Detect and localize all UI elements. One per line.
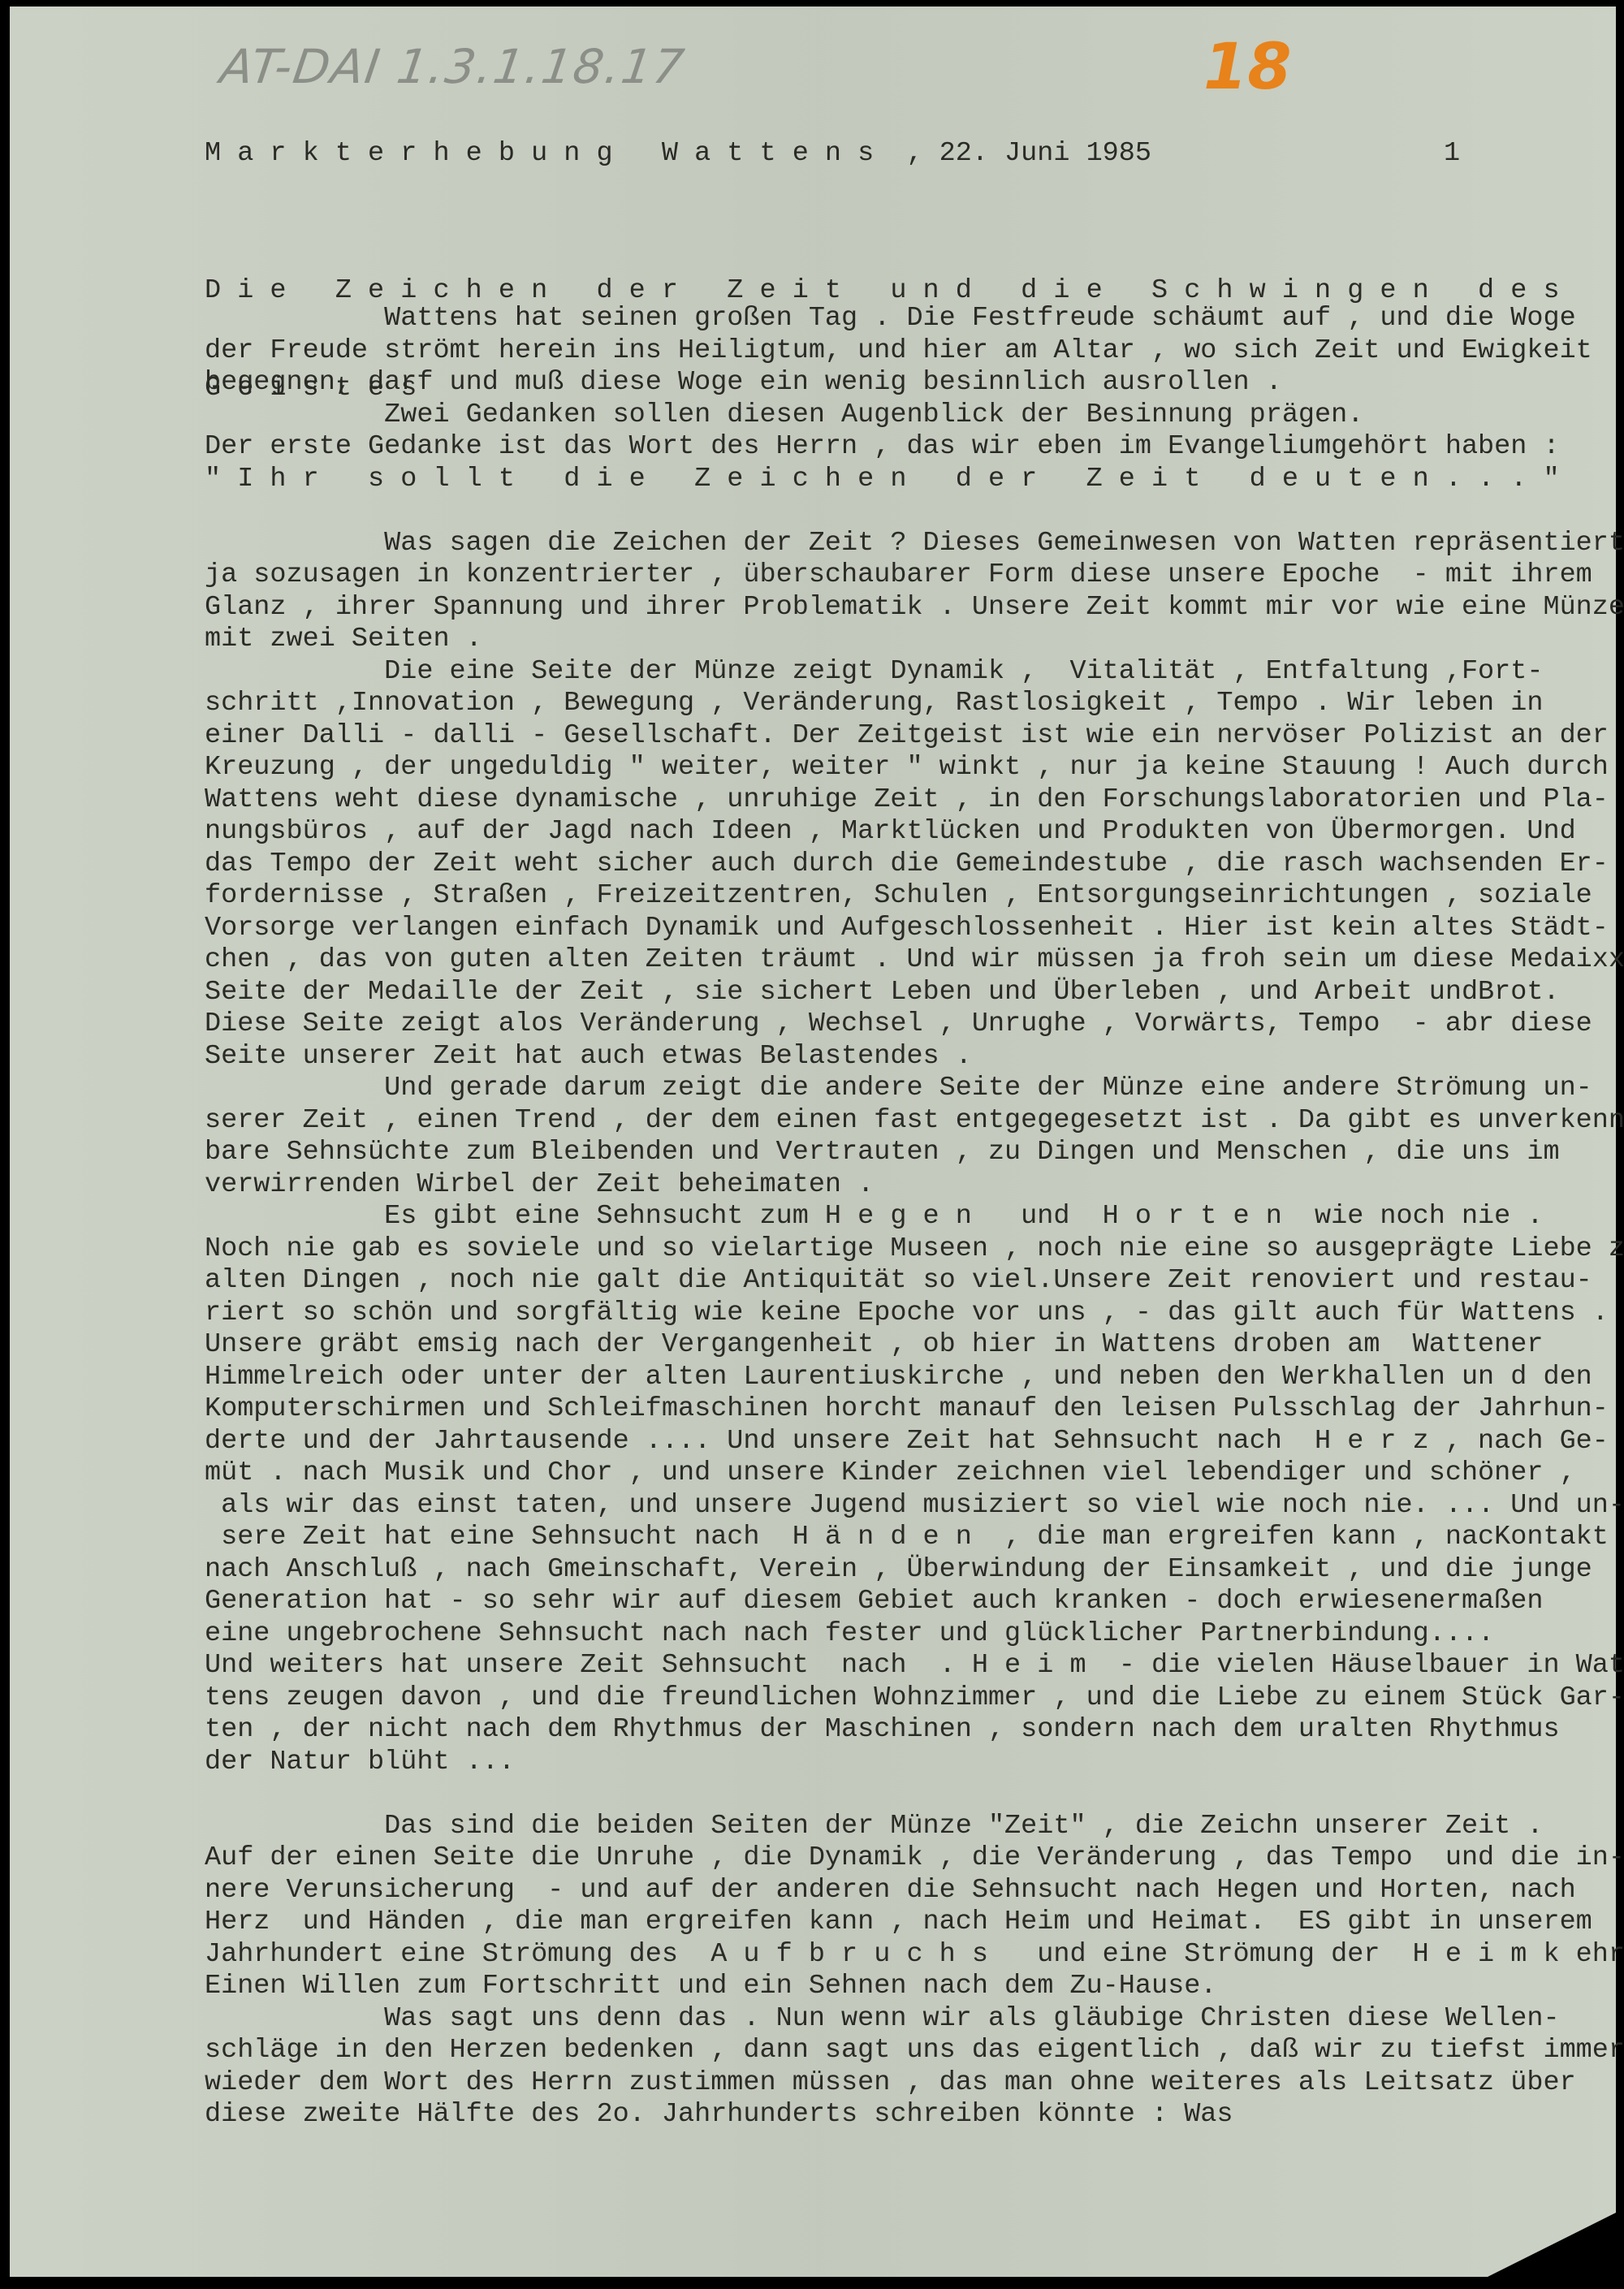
text-line: Seite unserer Zeit hat auch etwas Belast… xyxy=(205,1041,1624,1073)
text-line: Vorsorge verlangen einfach Dynamik und A… xyxy=(205,913,1624,945)
text-line: Kreuzung , der ungeduldig " weiter, weit… xyxy=(205,752,1624,784)
body-text: Wattens hat seinen großen Tag . Die Fest… xyxy=(205,303,1624,2131)
text-line: der Natur blüht ... xyxy=(205,1747,1624,1779)
text-line: Auf der einen Seite die Unruhe , die Dyn… xyxy=(205,1842,1624,1875)
text-line: fordernisse , Straßen , Freizeitzentren,… xyxy=(205,880,1624,913)
text-line: Was sagen die Zeichen der Zeit ? Dieses … xyxy=(205,528,1624,560)
text-line: verwirrenden Wirbel der Zeit beheimaten … xyxy=(205,1169,1624,1202)
text-line: Noch nie gab es soviele und so vielartig… xyxy=(205,1233,1624,1266)
text-line: das Tempo der Zeit weht sicher auch durc… xyxy=(205,849,1624,881)
text-line: Zwei Gedanken sollen diesen Augenblick d… xyxy=(205,399,1624,432)
text-line: Wattens weht diese dynamische , unruhige… xyxy=(205,784,1624,817)
text-line: schritt ,Innovation , Bewegung , Verände… xyxy=(205,688,1624,720)
text-line: alten Dingen , noch nie galt die Antiqui… xyxy=(205,1265,1624,1298)
text-line: einer Dalli - dalli - Gesellschaft. Der … xyxy=(205,720,1624,753)
document-header: M a r k t e r h e b u n g W a t t e n s … xyxy=(205,138,1151,169)
text-line: sere Zeit hat eine Sehnsucht nach H ä n … xyxy=(205,1522,1624,1554)
text-line: der Freude strömt herein ins Heiligtum, … xyxy=(205,335,1624,368)
text-line: nungsbüros , auf der Jagd nach Ideen , M… xyxy=(205,816,1624,849)
text-line: mit zwei Seiten . xyxy=(205,624,1624,656)
text-line: Generation hat - so sehr wir auf diesem … xyxy=(205,1586,1624,1618)
text-line: riert so schön und sorgfältig wie keine … xyxy=(205,1298,1624,1330)
text-line: eine ungebrochene Sehnsucht nach nach fe… xyxy=(205,1618,1624,1651)
text-line: Wattens hat seinen großen Tag . Die Fest… xyxy=(205,303,1624,335)
text-line: Seite der Medaille der Zeit , sie sicher… xyxy=(205,977,1624,1009)
text-line: Diese Seite zeigt alos Veränderung , Wec… xyxy=(205,1008,1624,1041)
text-line xyxy=(205,495,1624,528)
text-line: Unsere gräbt emsig nach der Vergangenhei… xyxy=(205,1329,1624,1362)
text-line: schläge in den Herzen bedenken , dann sa… xyxy=(205,2035,1624,2067)
text-line: Und weiters hat unsere Zeit Sehnsucht na… xyxy=(205,1650,1624,1682)
text-line: serer Zeit , einen Trend , der dem einen… xyxy=(205,1105,1624,1138)
folio-number: 18 xyxy=(1203,31,1292,104)
text-line: Die eine Seite der Münze zeigt Dynamik ,… xyxy=(205,656,1624,689)
text-line: " I h r s o l l t d i e Z e i c h e n d … xyxy=(205,464,1624,496)
text-line: nere Verunsicherung - und auf der andere… xyxy=(205,1875,1624,1907)
torn-corner xyxy=(1486,2213,1616,2278)
text-line: als wir das einst taten, und unsere Juge… xyxy=(205,1490,1624,1522)
text-line: Himmelreich oder unter der alten Laurent… xyxy=(205,1362,1624,1394)
text-line: Jahrhundert eine Strömung des A u f b r … xyxy=(205,1939,1624,1972)
title-line: D i e Z e i c h e n d e r Z e i t u n d … xyxy=(205,274,1560,307)
text-line: ja sozusagen in konzentrierter , übersch… xyxy=(205,559,1624,592)
text-line xyxy=(205,1778,1624,1811)
text-line: Der erste Gedanke ist das Wort des Herrn… xyxy=(205,431,1624,464)
text-line: derte und der Jahrtausende .... Und unse… xyxy=(205,1426,1624,1458)
text-line: Was sagt uns denn das . Nun wenn wir als… xyxy=(205,2003,1624,2036)
text-line: Herz und Händen , die man ergreifen kann… xyxy=(205,1907,1624,1939)
text-line: Glanz , ihrer Spannung und ihrer Problem… xyxy=(205,592,1624,624)
text-line: tens zeugen davon , und die freundlichen… xyxy=(205,1682,1624,1715)
text-line: Das sind die beiden Seiten der Münze "Ze… xyxy=(205,1811,1624,1843)
text-line: bare Sehnsüchte zum Bleibenden und Vertr… xyxy=(205,1137,1624,1169)
text-line: diese zweite Hälfte des 2o. Jahrhunderts… xyxy=(205,2099,1624,2131)
text-line: wieder dem Wort des Herrn zustimmen müss… xyxy=(205,2067,1624,2100)
text-line: Komputerschirmen und Schleifmaschinen ho… xyxy=(205,1393,1624,1426)
text-line: Und gerade darum zeigt die andere Seite … xyxy=(205,1073,1624,1105)
text-line: müt . nach Musik und Chor , und unsere K… xyxy=(205,1458,1624,1490)
text-line: ten , der nicht nach dem Rhythmus der Ma… xyxy=(205,1714,1624,1747)
page-number: 1 xyxy=(1444,138,1460,169)
text-line: begegnen, darf und muß diese Woge ein we… xyxy=(205,367,1624,399)
text-line: Es gibt eine Sehnsucht zum H e g e n und… xyxy=(205,1201,1624,1233)
text-line: nach Anschluß , nach Gmeinschaft, Verein… xyxy=(205,1554,1624,1587)
archive-signature: AT-DAI 1.3.1.18.17 xyxy=(217,39,689,94)
text-line: Einen Willen zum Fortschritt und ein Seh… xyxy=(205,1971,1624,2003)
text-line: chen , das von guten alten Zeiten träumt… xyxy=(205,944,1624,977)
